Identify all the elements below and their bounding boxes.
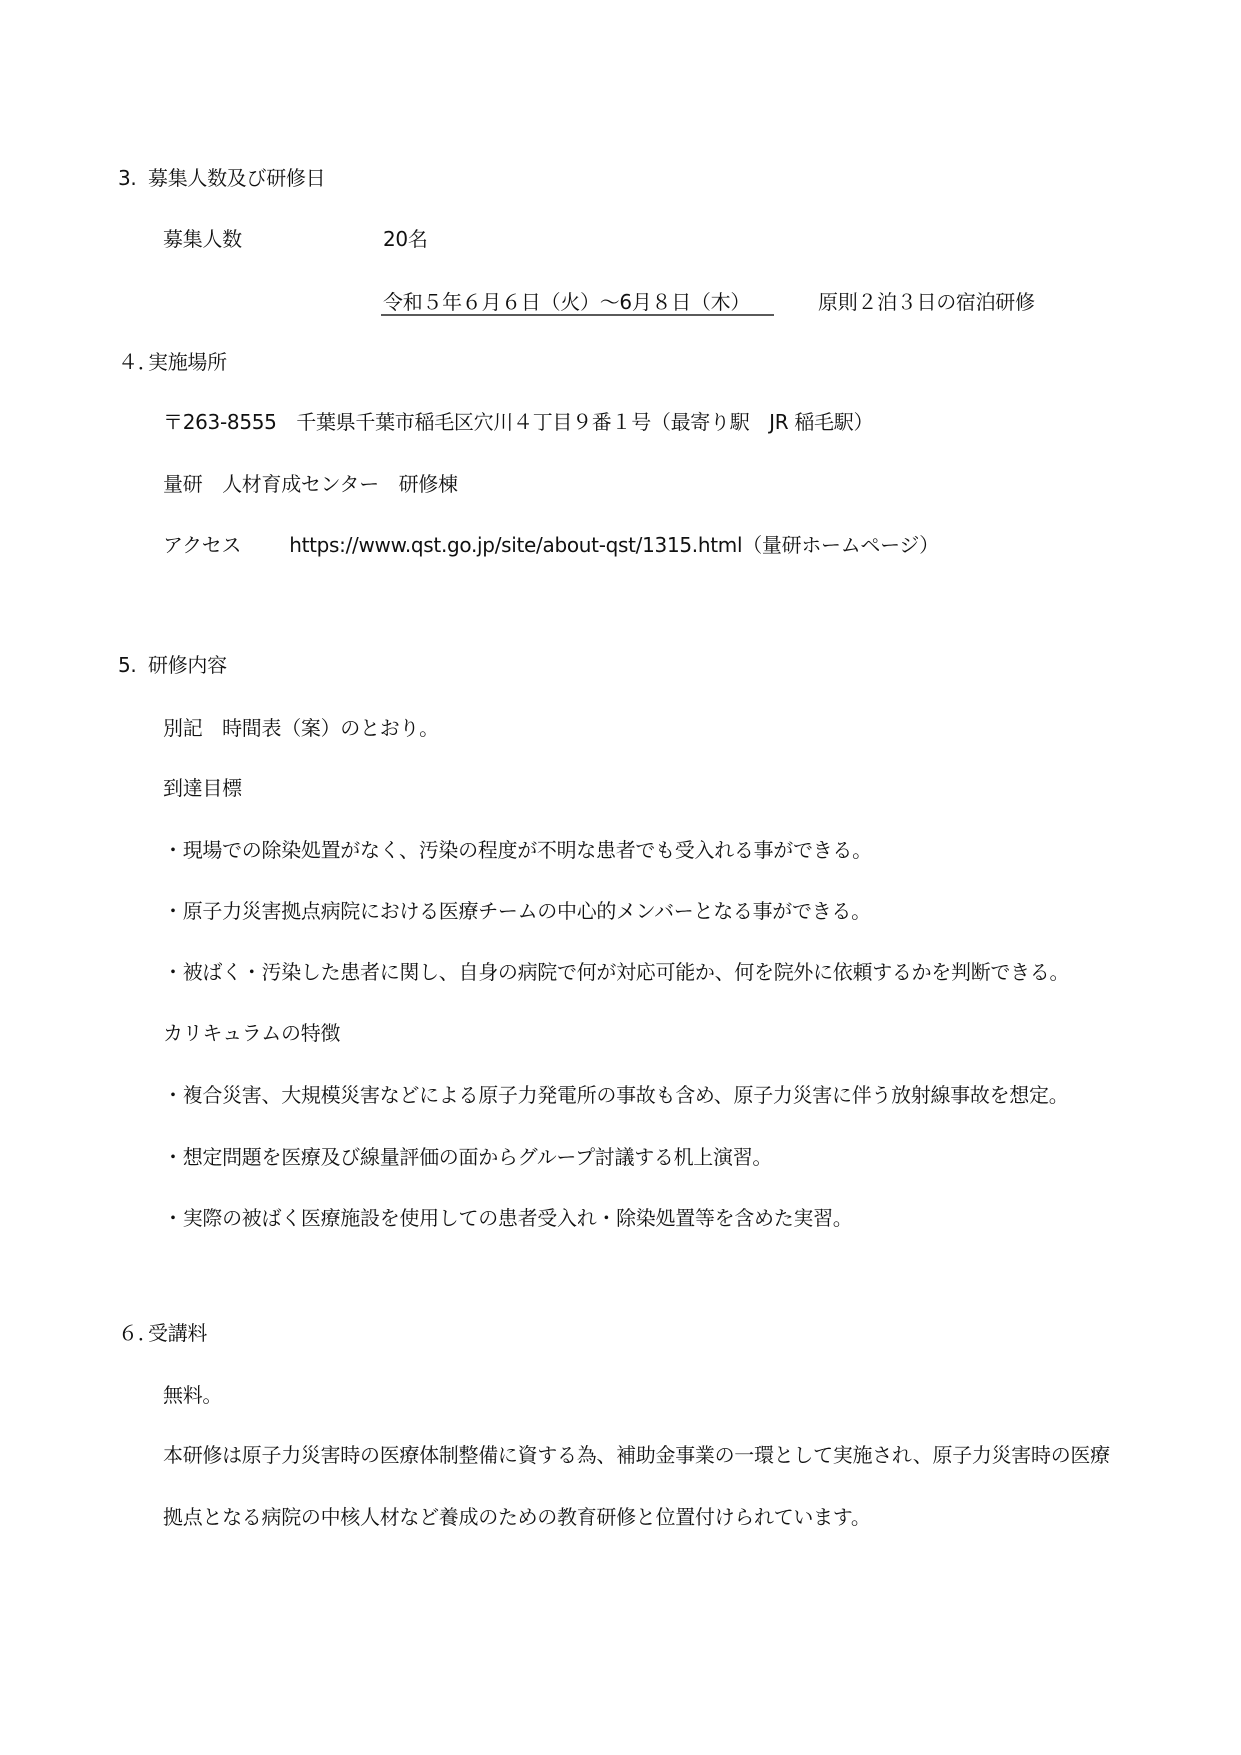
section-3-title: 募集人数及び研修日 (148, 166, 325, 190)
curriculum-item: ・実際の被ばく医療施設を使用しての患者受入れ・除染処置等を含めた実習。 (163, 1206, 853, 1230)
recruit-count-label: 募集人数 (163, 227, 242, 251)
venue-address: 〒263-8555 千葉県千葉市稲毛区穴川４丁目９番１号（最寄り駅 JR 稲毛駅… (163, 410, 873, 434)
fee-value: 無料。 (163, 1383, 222, 1407)
venue-facility: 量研 人材育成センター 研修棟 (163, 472, 458, 496)
section-3-number: 3. (118, 166, 148, 190)
section-3-heading: 3.募集人数及び研修日 (118, 166, 325, 190)
section-4-number: ４． (118, 350, 148, 374)
training-date-range: 令和５年６月６日（火）～6月８日（木） (383, 290, 750, 314)
access-url-note: （量研ホームページ） (742, 533, 939, 557)
section-4-heading: ４．実施場所 (118, 350, 227, 374)
training-date-note: 原則２泊３日の宿泊研修 (818, 290, 1035, 314)
date-underline (381, 314, 774, 316)
section-6-heading: ６．受講料 (118, 1321, 207, 1345)
section-6-title: 受講料 (148, 1321, 207, 1345)
goal-item: ・現場での除染処置がなく、汚染の程度が不明な患者でも受入れる事ができる。 (163, 838, 872, 862)
fee-description-line-2: 拠点となる病院の中核人材など養成のための教育研修と位置付けられています。 (163, 1505, 871, 1529)
section-5-title: 研修内容 (148, 653, 227, 677)
curriculum-item: ・複合災害、大規模災害などによる原子力発電所の事故も含め、原子力災害に伴う放射線… (163, 1083, 1068, 1107)
goal-item: ・原子力災害拠点病院における医療チームの中心的メンバーとなる事ができる。 (163, 899, 871, 923)
access-label: アクセス (163, 533, 241, 557)
recruit-count-value: 20名 (383, 227, 428, 251)
goal-item: ・被ばく・汚染した患者に関し、自身の病院で何が対応可能か、何を院外に依頼するかを… (163, 960, 1069, 984)
access-row: アクセスhttps://www.qst.go.jp/site/about-qst… (163, 533, 939, 557)
section-6-number: ６． (118, 1321, 148, 1345)
fee-description-line-1: 本研修は原子力災害時の医療体制整備に資する為、補助金事業の一環として実施され、原… (163, 1443, 1110, 1467)
section-4-title: 実施場所 (148, 350, 227, 374)
curriculum-item: ・想定問題を医療及び線量評価の面からグループ討議する机上演習。 (163, 1145, 772, 1169)
access-url-link[interactable]: https://www.qst.go.jp/site/about-qst/131… (289, 533, 742, 557)
schedule-note: 別記 時間表（案）のとおり。 (163, 716, 439, 740)
section-5-heading: 5.研修内容 (118, 653, 227, 677)
curriculum-label: カリキュラムの特徴 (163, 1021, 340, 1045)
section-5-number: 5. (118, 653, 148, 677)
goals-label: 到達目標 (163, 776, 242, 800)
